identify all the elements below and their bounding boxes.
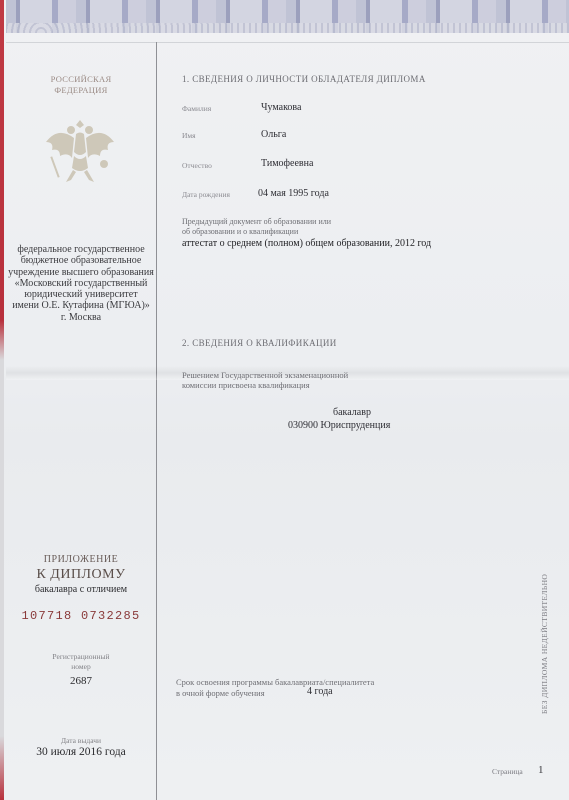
section2-title: 2. СВЕДЕНИЯ О КВАЛИФИКАЦИИ bbox=[182, 338, 337, 348]
surname-label: Фамилия bbox=[182, 104, 211, 113]
patronymic-value: Тимофеевна bbox=[261, 158, 313, 169]
double-headed-eagle-emblem-icon bbox=[40, 112, 120, 192]
surname-value: Чумакова bbox=[261, 102, 301, 113]
birth-date-label: Дата рождения bbox=[182, 190, 230, 199]
country-name: РОССИЙСКАЯ ФЕДЕРАЦИЯ bbox=[6, 74, 156, 96]
qualification-decision-text: Решением Государственной экзаменационной… bbox=[182, 370, 348, 390]
patronymic-label: Отчество bbox=[182, 161, 212, 170]
study-duration-text: Срок освоения программы бакалавриата/спе… bbox=[176, 677, 374, 699]
column-divider bbox=[156, 42, 157, 800]
registration-number: 2687 bbox=[6, 675, 156, 687]
issuing-organization: федеральное государственное бюджетное об… bbox=[6, 244, 156, 323]
previous-document-value: аттестат о среднем (полном) общем образо… bbox=[182, 238, 431, 249]
security-ornament-border bbox=[6, 0, 569, 33]
issue-date: 30 июля 2016 года bbox=[6, 746, 156, 758]
section1-title: 1. СВЕДЕНИЯ О ЛИЧНОСТИ ОБЛАДАТЕЛЯ ДИПЛОМ… bbox=[182, 74, 426, 84]
previous-document-label: Предыдущий документ об образовании или о… bbox=[182, 217, 331, 237]
serial-number: 107718 0732285 bbox=[6, 609, 156, 623]
supplement-title: ПРИЛОЖЕНИЕ bbox=[6, 554, 156, 565]
name-value: Ольга bbox=[261, 129, 286, 140]
validity-note: БЕЗ ДИПЛОМА НЕДЕЙСТВИТЕЛЬНО bbox=[540, 574, 549, 714]
issue-date-label: Дата выдачи bbox=[6, 736, 156, 745]
page-number: 1 bbox=[538, 764, 544, 776]
page-label: Страница bbox=[492, 767, 523, 776]
qualification-value: бакалавр bbox=[322, 407, 382, 418]
top-divider bbox=[6, 42, 569, 43]
to-diploma-title: К ДИПЛОМУ bbox=[6, 567, 156, 583]
birth-date-value: 04 мая 1995 года bbox=[258, 188, 329, 199]
specialty-value: 030900 Юриспруденция bbox=[288, 420, 390, 431]
name-label: Имя bbox=[182, 131, 196, 140]
study-duration-value: 4 года bbox=[307, 686, 333, 697]
degree-type: бакалавра с отличием bbox=[6, 584, 156, 595]
registration-number-label: Регистрационный номер bbox=[6, 652, 156, 672]
